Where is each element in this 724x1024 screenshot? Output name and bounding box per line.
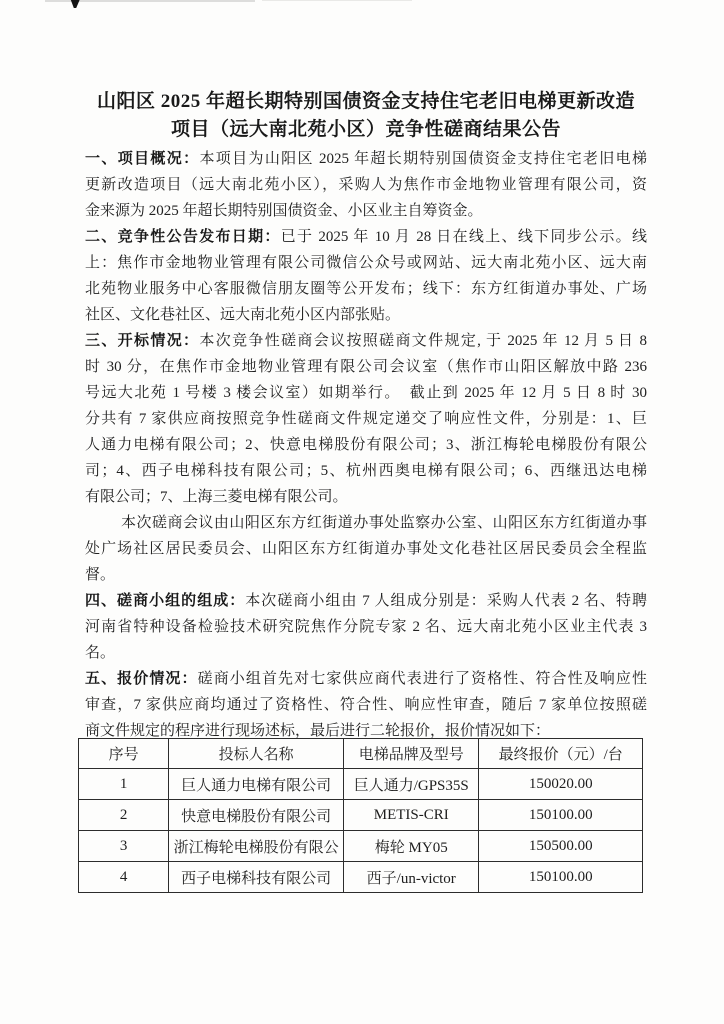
text-line: 北苑物业服务中心客服微信朋友圈等公开发布；线下：东方红街道办事处、广场 — [85, 276, 647, 302]
text-line: 金来源为 2025 年超长期特别国债资金、小区业主自筹资金。 — [85, 198, 647, 224]
text-line: 四、磋商小组的组成：本次磋商小组由 7 人组成分别是：采购人代表 2 名、特聘 — [85, 588, 647, 614]
scanned-page: 山阳区 2025 年超长期特别国债资金支持住宅老旧电梯更新改造 项目（远大南北苑… — [0, 0, 724, 1024]
text-line: 三、开标情况：本次竞争性磋商会议按照磋商文件规定, 于 2025 年 12 月 … — [85, 328, 647, 354]
paragraph-supervision: 本次磋商会议由山阳区东方红街道办事处监察办公室、山阳区东方红街道办事 处广场社区… — [85, 510, 647, 588]
table-row: 1 巨人通力电梯有限公司 巨人通力/GPS35S 150020.00 — [79, 769, 643, 800]
text-line: 一、项目概况：本项目为山阳区 2025 年超长期特别国债资金支持住宅老旧电梯 — [85, 146, 647, 172]
text-line: 处广场社区居民委员会、山阳区东方红街道办事处文化巷社区居民委员会全程监 — [85, 536, 647, 562]
table-cell-brand-model: METIS-CRI — [344, 800, 479, 831]
text-run: 本次竞争性磋商会议按照磋商文件规定, 于 2025 年 12 月 5 日 8 — [199, 333, 647, 349]
table-cell-bidder: 巨人通力电梯有限公司 — [169, 769, 344, 800]
table-row: 4 西子电梯科技有限公司 西子/un-victor 150100.00 — [79, 862, 643, 893]
table-cell-brand-model: 梅轮 MY05 — [344, 831, 479, 862]
table-cell-seq: 1 — [79, 769, 169, 800]
paragraph-quotation: 五、报价情况：磋商小组首先对七家供应商代表进行了资格性、符合性及响应性 审查，7… — [85, 666, 647, 744]
text-line: 上：焦作市金地物业管理有限公司微信公众号或网站、远大南北苑小区、远大南 — [85, 250, 647, 276]
table-row: 3 浙江梅轮电梯股份有限公 梅轮 MY05 150500.00 — [79, 831, 643, 862]
section-label: 三、开标情况： — [85, 333, 199, 349]
text-line: 司；4、西子电梯科技有限公司；5、杭州西奥电梯有限公司；6、西继迅达电梯 — [85, 458, 647, 484]
page-title-line2: 项目（远大南北苑小区）竞争性磋商结果公告 — [85, 116, 647, 144]
text-line: 分共有 7 家供应商按照竞争性磋商文件规定递交了响应性文件，分别是：1、巨 — [85, 406, 647, 432]
paragraph-bid-opening: 三、开标情况：本次竞争性磋商会议按照磋商文件规定, 于 2025 年 12 月 … — [85, 328, 647, 510]
table-cell-seq: 2 — [79, 800, 169, 831]
text-run: 本项目为山阳区 2025 年超长期特别国债资金支持住宅老旧电梯 — [199, 151, 647, 167]
text-line: 河南省特种设备检验技术研究院焦作分院专家 2 名、远大南北苑小区业主代表 3 — [85, 614, 647, 640]
table-row: 2 快意电梯股份有限公司 METIS-CRI 150100.00 — [79, 800, 643, 831]
text-run: 磋商小组首先对七家供应商代表进行了资格性、符合性及响应性 — [198, 671, 647, 687]
text-line: 五、报价情况：磋商小组首先对七家供应商代表进行了资格性、符合性及响应性 — [85, 666, 647, 692]
table-header-cell: 电梯品牌及型号 — [344, 739, 479, 769]
table-cell-price: 150100.00 — [479, 800, 643, 831]
document-body: 山阳区 2025 年超长期特别国债资金支持住宅老旧电梯更新改造 项目（远大南北苑… — [85, 88, 647, 893]
text-line: 二、竞争性公告发布日期：已于 2025 年 10 月 28 日在线上、线下同步公… — [85, 224, 647, 250]
section-label: 五、报价情况： — [85, 671, 198, 687]
section-label: 二、竞争性公告发布日期： — [85, 229, 281, 245]
section-label: 一、项目概况： — [85, 151, 199, 167]
table-header-cell: 最终报价（元）/台 — [479, 739, 643, 769]
table-cell-brand-model: 巨人通力/GPS35S — [344, 769, 479, 800]
text-line: 时 30 分，在焦作市金地物业管理有限公司会议室（焦作市山阳区解放中路 236 — [85, 354, 647, 380]
table-cell-bidder: 浙江梅轮电梯股份有限公 — [169, 831, 344, 862]
paragraph-project-overview: 一、项目概况：本项目为山阳区 2025 年超长期特别国债资金支持住宅老旧电梯 更… — [85, 146, 647, 224]
paragraph-panel-composition: 四、磋商小组的组成：本次磋商小组由 7 人组成分别是：采购人代表 2 名、特聘 … — [85, 588, 647, 666]
text-line: 社区、文化巷社区、远大南北苑小区内部张贴。 — [85, 302, 647, 328]
table-cell-seq: 4 — [79, 862, 169, 893]
table-cell-brand-model: 西子/un-victor — [344, 862, 479, 893]
section-label: 四、磋商小组的组成： — [85, 593, 245, 609]
table-cell-price: 150020.00 — [479, 769, 643, 800]
text-run: 已于 2025 年 10 月 28 日在线上、线下同步公示。线 — [281, 229, 647, 245]
text-line: 有限公司；7、上海三菱电梯有限公司。 — [85, 484, 647, 510]
text-line: 督。 — [85, 562, 647, 588]
bid-results-table: 序号 投标人名称 电梯品牌及型号 最终报价（元）/台 1 巨人通力电梯有限公司 … — [78, 738, 643, 893]
table-cell-price: 150100.00 — [479, 862, 643, 893]
text-line: 本次磋商会议由山阳区东方红街道办事处监察办公室、山阳区东方红街道办事 — [85, 510, 647, 536]
paragraph-announcement-date: 二、竞争性公告发布日期：已于 2025 年 10 月 28 日在线上、线下同步公… — [85, 224, 647, 328]
ink-mark — [70, 0, 80, 8]
text-line: 人通力电梯有限公司；2、快意电梯股份有限公司；3、浙江梅轮电梯股份有限公 — [85, 432, 647, 458]
table-cell-seq: 3 — [79, 831, 169, 862]
text-line: 名。 — [85, 640, 647, 666]
page-title: 山阳区 2025 年超长期特别国债资金支持住宅老旧电梯更新改造 项目（远大南北苑… — [85, 88, 647, 144]
text-line: 号远大北苑 1 号楼 3 楼会议室）如期举行。 截止到 2025 年 12 月 … — [85, 380, 647, 406]
text-line: 更新改造项目（远大南北苑小区），采购人为焦作市金地物业管理有限公司，资 — [85, 172, 647, 198]
page-title-line1: 山阳区 2025 年超长期特别国债资金支持住宅老旧电梯更新改造 — [85, 88, 647, 116]
text-run: 本次磋商小组由 7 人组成分别是：采购人代表 2 名、特聘 — [245, 593, 647, 609]
table-cell-price: 150500.00 — [479, 831, 643, 862]
scan-streak — [262, 0, 412, 1]
text-line: 审查，7 家供应商均通过了资格性、符合性、响应性审查，随后 7 家单位按照磋 — [85, 692, 647, 718]
table-cell-bidder: 西子电梯科技有限公司 — [169, 862, 344, 893]
table-cell-bidder: 快意电梯股份有限公司 — [169, 800, 344, 831]
